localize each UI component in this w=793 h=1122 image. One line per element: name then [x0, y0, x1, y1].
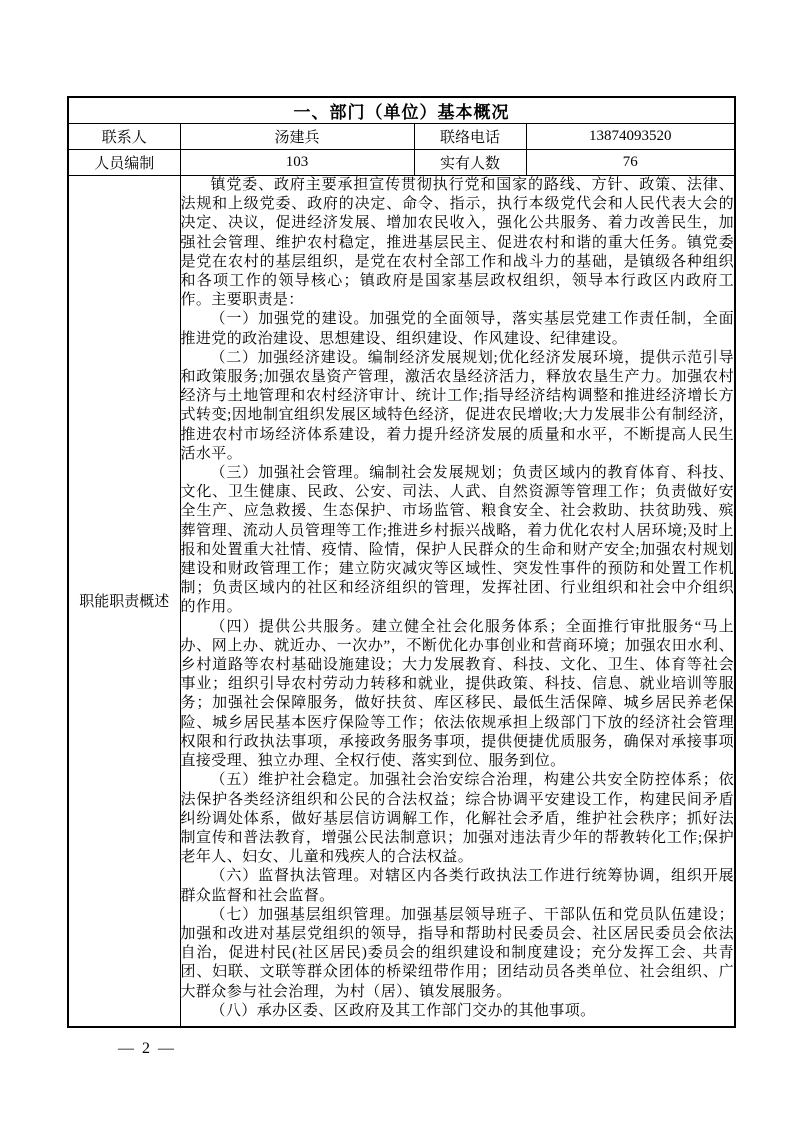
contact-person-label: 联系人: [68, 124, 180, 150]
section-title: 一、部门（单位）基本概况: [68, 97, 735, 124]
duty-paragraph-7: （七）加强基层组织管理。加强基层领导班子、干部队伍和党员队伍建设；加强和改进对基…: [181, 906, 735, 1002]
actual-staff-value: 76: [526, 150, 735, 176]
duties-text-block: 镇党委、政府主要承担宣传贯彻执行党和国家的路线、方针、政策、法律、法规和上级党委…: [181, 176, 735, 1021]
duty-paragraph-8: （八）承办区委、区政府及其工作部门交办的其他事项。: [181, 1002, 735, 1021]
duty-paragraph-3: （三）加强社会管理。编制社会发展规划；负责区域内的教育体育、科技、文化、卫生健康…: [181, 464, 735, 618]
table-title-row: 一、部门（单位）基本概况: [68, 97, 735, 124]
duty-paragraph-5: （五）维护社会稳定。加强社会治安综合治理，构建公共安全防控体系；依法保护各类经济…: [181, 771, 735, 867]
duties-row: 职能职责概述 镇党委、政府主要承担宣传贯彻执行党和国家的路线、方针、政策、法律、…: [68, 176, 735, 1027]
duty-paragraph-2: （二）加强经济建设。编制经济发展规划;优化经济发展环境，提供示范引导和政策服务;…: [181, 349, 735, 464]
duty-paragraph-4: （四）提供公共服务。建立健全社会化服务体系；全面推行审批服务“马上办、网上办、就…: [181, 618, 735, 772]
staff-quota-value: 103: [180, 150, 414, 176]
basic-info-table: 一、部门（单位）基本概况 联系人 汤建兵 联络电话 13874093520 人员…: [67, 96, 736, 1028]
contact-phone-value: 13874093520: [526, 124, 735, 150]
document-page: 一、部门（单位）基本概况 联系人 汤建兵 联络电话 13874093520 人员…: [0, 0, 793, 1122]
duty-paragraph-6: （六）监督执法管理。对辖区内各类行政执法工作进行统筹协调，组织开展群众监督和社会…: [181, 867, 735, 905]
duties-overview-label: 职能职责概述: [68, 176, 180, 1027]
actual-staff-label: 实有人数: [414, 150, 526, 176]
contact-phone-label: 联络电话: [414, 124, 526, 150]
duty-paragraph-1: （一）加强党的建设。加强党的全面领导，落实基层党建工作责任制，全面推进党的政治建…: [181, 310, 735, 348]
contact-row: 联系人 汤建兵 联络电话 13874093520: [68, 124, 735, 150]
staffing-row: 人员编制 103 实有人数 76: [68, 150, 735, 176]
contact-person-value: 汤建兵: [180, 124, 414, 150]
duty-paragraph-intro: 镇党委、政府主要承担宣传贯彻执行党和国家的路线、方针、政策、法律、法规和上级党委…: [181, 176, 735, 310]
staff-quota-label: 人员编制: [68, 150, 180, 176]
page-number: — 2 —: [118, 1040, 176, 1058]
duties-overview-content: 镇党委、政府主要承担宣传贯彻执行党和国家的路线、方针、政策、法律、法规和上级党委…: [180, 176, 735, 1027]
